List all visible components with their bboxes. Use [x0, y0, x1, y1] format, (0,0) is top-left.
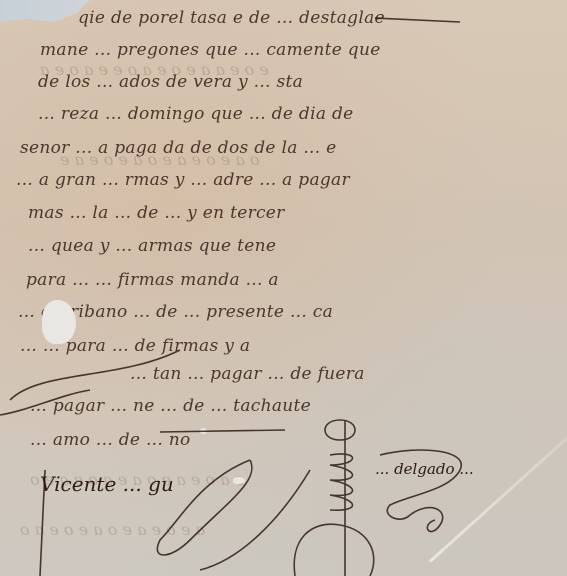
- ink-flourishes: [0, 0, 567, 576]
- manuscript-page: e o e a a e o e a o e e a o e a o a e o …: [0, 0, 567, 576]
